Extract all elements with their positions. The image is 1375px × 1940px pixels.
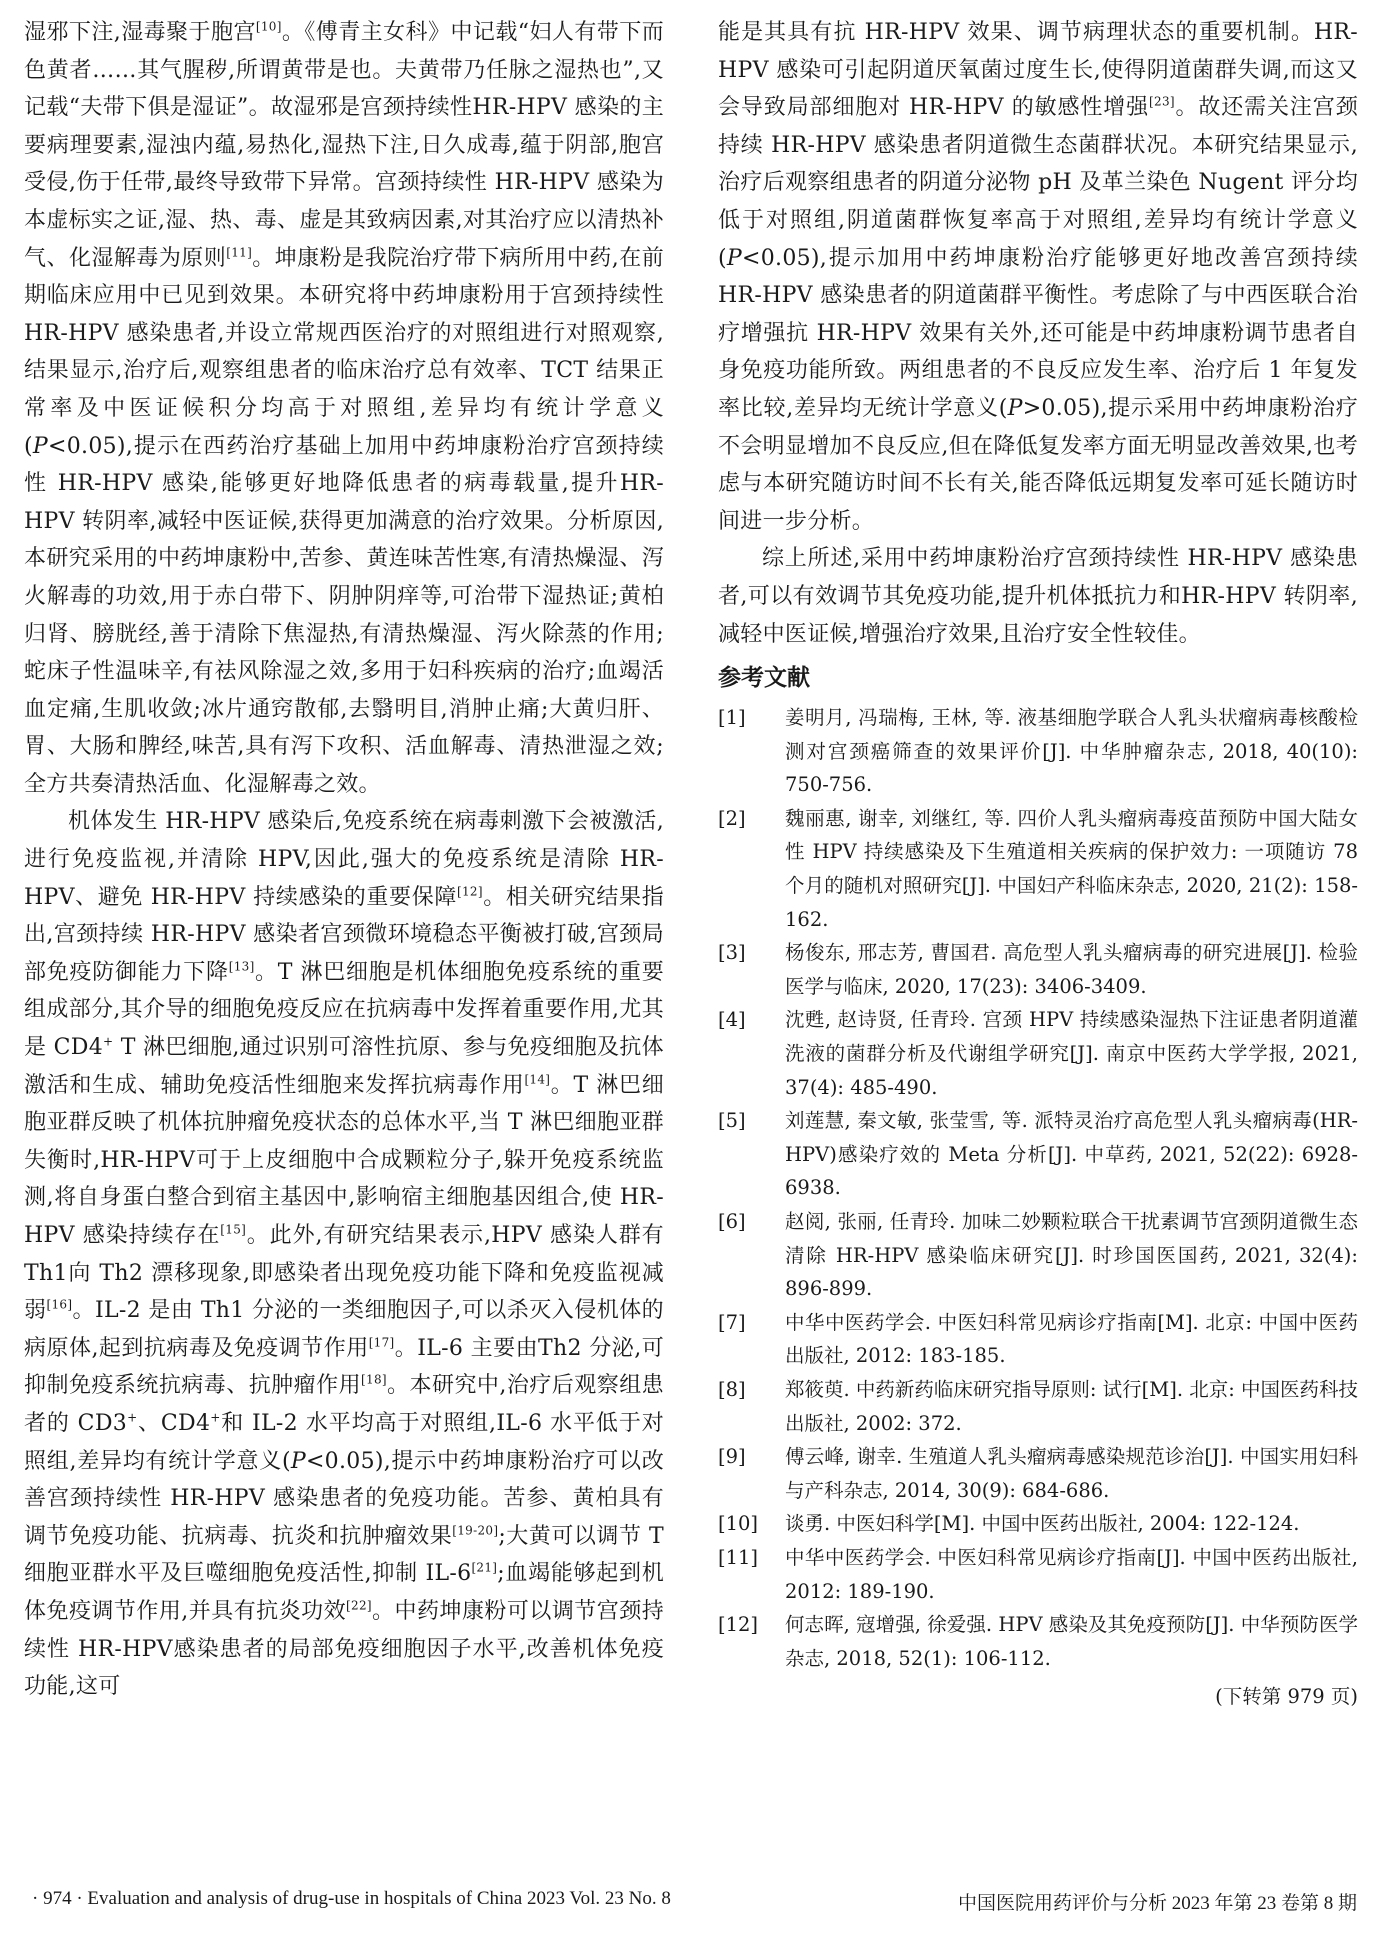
reference-text: 何志晖, 寇增强, 徐爱强. HPV 感染及其免疫预防[J]. 中华预防医学杂志… <box>785 1608 1358 1675</box>
page-footer: · 974 · Evaluation and analysis of drug-… <box>24 1888 1357 1922</box>
reference-text: 刘莲慧, 秦文敏, 张莹雪, 等. 派特灵治疗高危型人乳头瘤病毒(HR-HPV)… <box>785 1104 1358 1205</box>
continued-note: (下转第 979 页) <box>718 1679 1358 1715</box>
citation-marker: [18] <box>361 1373 387 1387</box>
reference-number: [1] <box>718 701 785 802</box>
reference-number: [12] <box>718 1608 785 1675</box>
italic-symbol: P <box>33 434 48 459</box>
reference-text: 中华中医药学会. 中医妇科常见病诊疗指南[M]. 北京: 中国中医药出版社, 2… <box>785 1306 1358 1373</box>
reference-text: 中华中医药学会. 中医妇科常见病诊疗指南[J]. 中国中医药出版社, 2012:… <box>785 1541 1358 1608</box>
right-column: 能是其具有抗 HR-HPV 效果、调节病理状态的重要机制。HR-HPV 感染可引… <box>718 14 1358 1715</box>
citation-marker: [19-20] <box>452 1523 498 1537</box>
reference-number: [9] <box>718 1440 785 1507</box>
text-run: 。T 淋巴细胞亚群反映了机体抗肿瘤免疫状态的总体水平,当 T 淋巴细胞亚群失衡时… <box>24 1073 664 1248</box>
reference-number: [10] <box>718 1507 785 1541</box>
reference-list: [1]姜明月, 冯瑞梅, 王林, 等. 液基细胞学联合人乳头状瘤病毒核酸检测对宫… <box>718 701 1358 1675</box>
citation-marker: + <box>127 1411 137 1425</box>
citation-marker: [23] <box>1149 95 1175 109</box>
reference-text: 沈甦, 赵诗贤, 任青玲. 宫颈 HPV 持续感染湿热下注证患者阴道灌洗液的菌群… <box>785 1003 1358 1104</box>
reference-item: [9]傅云峰, 谢幸. 生殖道人乳头瘤病毒感染规范诊治[J]. 中国实用妇科与产… <box>718 1440 1358 1507</box>
left-column: 湿邪下注,湿毒聚于胞宫[10]。《傅青主女科》中记载“妇人有带下而色黄者……其气… <box>24 14 664 1706</box>
footer-journal-en: · 974 · Evaluation and analysis of drug-… <box>32 1888 671 1910</box>
text-run: 。故还需关注宫颈持续 HR-HPV 感染患者阴道微生态菌群状况。本研究结果显示,… <box>718 95 1358 270</box>
citation-marker: [13] <box>229 960 255 974</box>
references-heading: 参考文献 <box>718 661 1358 695</box>
reference-item: [12]何志晖, 寇增强, 徐爱强. HPV 感染及其免疫预防[J]. 中华预防… <box>718 1608 1358 1675</box>
text-run: 综上所述,采用中药坤康粉治疗宫颈持续性 HR-HPV 感染患者,可以有效调节其免… <box>718 546 1358 646</box>
reference-item: [6]赵阅, 张丽, 任青玲. 加味二妙颗粒联合干扰素调节宫颈阴道微生态清除 H… <box>718 1205 1358 1306</box>
reference-text: 傅云峰, 谢幸. 生殖道人乳头瘤病毒感染规范诊治[J]. 中国实用妇科与产科杂志… <box>785 1440 1358 1507</box>
citation-marker: [22] <box>346 1599 372 1613</box>
reference-item: [11]中华中医药学会. 中医妇科常见病诊疗指南[J]. 中国中医药出版社, 2… <box>718 1541 1358 1608</box>
italic-symbol: P <box>727 246 742 271</box>
citation-marker: [16] <box>46 1298 72 1312</box>
reference-number: [7] <box>718 1306 785 1373</box>
citation-marker: [15] <box>220 1223 246 1237</box>
reference-number: [6] <box>718 1205 785 1306</box>
reference-text: 杨俊东, 邢志芳, 曹国君. 高危型人乳头瘤病毒的研究进展[J]. 检验医学与临… <box>785 936 1358 1003</box>
body-paragraph: 综上所述,采用中药坤康粉治疗宫颈持续性 HR-HPV 感染患者,可以有效调节其免… <box>718 540 1358 653</box>
reference-text: 赵阅, 张丽, 任青玲. 加味二妙颗粒联合干扰素调节宫颈阴道微生态清除 HR-H… <box>785 1205 1358 1306</box>
reference-text: 魏丽惠, 谢幸, 刘继红, 等. 四价人乳头瘤病毒疫苗预防中国大陆女性 HPV … <box>785 802 1358 936</box>
reference-text: 谈勇. 中医妇科学[M]. 中国中医药出版社, 2004: 122-124. <box>785 1507 1358 1541</box>
reference-text: 郑筱萸. 中药新药临床研究指导原则: 试行[M]. 北京: 中国医药科技出版社,… <box>785 1373 1358 1440</box>
body-paragraph: 能是其具有抗 HR-HPV 效果、调节病理状态的重要机制。HR-HPV 感染可引… <box>718 14 1358 540</box>
text-run: <0.05),提示加用中药坤康粉治疗能够更好地改善宫颈持续 HR-HPV 感染患… <box>718 246 1358 421</box>
text-run: 、CD4 <box>137 1411 210 1436</box>
reference-number: [3] <box>718 936 785 1003</box>
italic-symbol: P <box>291 1449 306 1474</box>
right-body-text: 能是其具有抗 HR-HPV 效果、调节病理状态的重要机制。HR-HPV 感染可引… <box>718 14 1358 653</box>
reference-item: [3]杨俊东, 邢志芳, 曹国君. 高危型人乳头瘤病毒的研究进展[J]. 检验医… <box>718 936 1358 1003</box>
citation-marker: + <box>210 1411 220 1425</box>
citation-marker: [21] <box>471 1561 497 1575</box>
reference-number: [8] <box>718 1373 785 1440</box>
citation-marker: [17] <box>369 1335 395 1349</box>
reference-item: [7]中华中医药学会. 中医妇科常见病诊疗指南[M]. 北京: 中国中医药出版社… <box>718 1306 1358 1373</box>
text-run: 湿邪下注,湿毒聚于胞宫 <box>24 20 256 45</box>
text-run: 。坤康粉是我院治疗带下病所用中药,在前期临床应用中已见到效果。本研究将中药坤康粉… <box>24 246 664 459</box>
footer-journal-cn: 中国医院用药评价与分析 2023 年第 23 卷第 8 期 <box>958 1888 1357 1915</box>
reference-item: [5]刘莲慧, 秦文敏, 张莹雪, 等. 派特灵治疗高危型人乳头瘤病毒(HR-H… <box>718 1104 1358 1205</box>
reference-item: [1]姜明月, 冯瑞梅, 王林, 等. 液基细胞学联合人乳头状瘤病毒核酸检测对宫… <box>718 701 1358 802</box>
body-paragraph: 机体发生 HR-HPV 感染后,免疫系统在病毒刺激下会被激活,进行免疫监视,并清… <box>24 803 664 1705</box>
reference-text: 姜明月, 冯瑞梅, 王林, 等. 液基细胞学联合人乳头状瘤病毒核酸检测对宫颈癌筛… <box>785 701 1358 802</box>
reference-item: [2]魏丽惠, 谢幸, 刘继红, 等. 四价人乳头瘤病毒疫苗预防中国大陆女性 H… <box>718 802 1358 936</box>
reference-item: [8]郑筱萸. 中药新药临床研究指导原则: 试行[M]. 北京: 中国医药科技出… <box>718 1373 1358 1440</box>
citation-marker: [11] <box>226 245 252 259</box>
text-run: 。《傅青主女科》中记载“妇人有带下而色黄者……其气腥秽,所谓黄带是也。夫黄带乃任… <box>24 20 664 271</box>
citation-marker: + <box>103 1035 113 1049</box>
body-paragraph: 湿邪下注,湿毒聚于胞宫[10]。《傅青主女科》中记载“妇人有带下而色黄者……其气… <box>24 14 664 803</box>
reference-number: [2] <box>718 802 785 936</box>
italic-symbol: P <box>1008 396 1023 421</box>
citation-marker: [10] <box>256 20 282 34</box>
reference-number: [11] <box>718 1541 785 1608</box>
reference-item: [10]谈勇. 中医妇科学[M]. 中国中医药出版社, 2004: 122-12… <box>718 1507 1358 1541</box>
reference-item: [4]沈甦, 赵诗贤, 任青玲. 宫颈 HPV 持续感染湿热下注证患者阴道灌洗液… <box>718 1003 1358 1104</box>
text-run: <0.05),提示在西药治疗基础上加用中药坤康粉治疗宫颈持续性 HR-HPV 感… <box>24 434 664 797</box>
citation-marker: [14] <box>524 1072 550 1086</box>
reference-number: [5] <box>718 1104 785 1205</box>
citation-marker: [12] <box>457 884 483 898</box>
reference-number: [4] <box>718 1003 785 1104</box>
